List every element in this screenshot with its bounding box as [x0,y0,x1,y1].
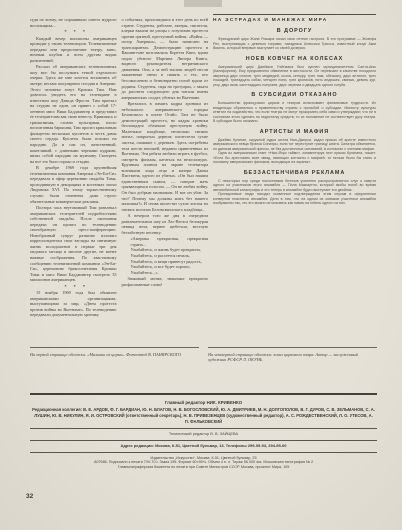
article-body: С некоторых пор среди поклонников битлзо… [213,179,376,193]
article-title: БЕЗЗАСТЕНЧИВАЯ РЕКЛАМА [213,170,376,176]
magazine-page: судя по всему, не спрашивали совета мудр… [0,0,402,530]
essay-paragraph: судя по всему, не спрашивали совета мудр… [30,17,117,28]
masthead-divider [30,452,377,453]
essay-paragraph: Знакомый мотив, знакомые прекрасно расфа… [122,276,209,287]
news-article: АРТИСТЫ И МАФИЯ Джеймс Кулиган, окружной… [213,129,376,165]
editorial-board: Редакционная коллегия: В. Е. АРДОВ, Ф. Г… [30,407,377,424]
news-article: В СУБСИДИИ ОТКАЗАНО Большинство французс… [213,92,376,124]
song-quote-line: «Америка прекрасная, прекрасная страна..… [131,236,209,247]
article-title: В ДОРОГУ [213,28,376,34]
cover-captions-row: На первой странице обложки: «Малыши из ц… [30,347,377,363]
article-title: НОЕВ КОВЧЕГ НА КОЛЕСАХ [213,56,376,62]
cover-note-front: На первой странице обложки: «Малыши из ц… [30,347,199,363]
article-body: Джеймс Кулиган, окружной судья штата Нью… [213,138,376,152]
asterisk-separator: * * * [30,284,117,290]
essay-paragraph: Каждый вечер миллионы американцев провод… [30,36,117,64]
page-number: 32 [26,493,33,500]
essay-paragraph: Врезались в память кадры хроники из небо… [122,101,209,212]
technical-editor-line: Технический редактор В. В. ЗАЙЦЕВА [30,431,377,436]
essay-paragraph: о событиях, происшедших в этот день по в… [122,17,209,100]
world-news-section: НА ЭСТРАДАХ И МАНЕЖАХ МИРА В ДОРОГУ Фран… [213,14,376,336]
article-title: В СУБСИДИИ ОТКАЗАНО [213,92,376,98]
editorial-address: Адрес редакции: Москва, К-51, Цветной бу… [30,443,377,448]
chief-editor-line: Главный редактор НИК. КРИВЕНКО [30,400,377,405]
essay-article: судя по всему, не спрашивали совета мудр… [30,17,208,349]
section-title: НА ЭСТРАДАХ И МАНЕЖАХ МИРА [213,18,376,23]
song-quote-line: Улыбайтесь...». [131,270,209,276]
essay-paragraph: Рассказ об американских телевизионных шо… [30,64,117,164]
cover-note-back: На четвертой странице обложки: эскиз цир… [208,347,377,363]
news-article: В ДОРОГУ Французский цирк Жана Ришара на… [213,28,376,51]
imprint-line-2: Главполиграфпрома Комитета по печати при… [30,465,377,470]
essay-paragraph: 15 ноября 1969 года был объявлен америка… [30,290,117,318]
page-top-edge-mark [184,0,222,7]
essay-paragraph: А вечером того же дня в очередном развле… [122,213,209,235]
article-body: Французский цирк Жана Ришара начал свои … [213,37,376,51]
article-body: Большинство французских цирков и театров… [213,101,376,124]
essay-column-2: о событиях, происшедших в этот день по в… [122,17,209,349]
masthead: Главный редактор НИК. КРИВЕНКО Редакцион… [30,393,377,469]
masthead-divider [30,428,377,429]
section-divider [213,14,376,15]
song-quote: «Америка прекрасная, прекрасная страна..… [131,236,209,275]
news-article: НОЕВ КОВЧЕГ НА КОЛЕСАХ Американский цирк… [213,56,376,88]
essay-paragraph: Полтора часа неутомимый Тим развлекал ам… [30,205,117,283]
article-body: Американский цирк Джеймса Уэйтмана был к… [213,65,376,88]
essay-column-1: судя по всему, не спрашивали совета мудр… [30,17,117,349]
article-body: Пронырливые люди находят косвенные подтв… [213,192,376,206]
article-title: АРТИСТЫ И МАФИЯ [213,129,376,135]
asterisk-separator: * * * [30,29,117,35]
article-body: Одна из американских газет «Нью-Йорк тай… [213,151,376,165]
news-article: БЕЗЗАСТЕНЧИВАЯ РЕКЛАМА С некоторых пор с… [213,170,376,206]
masthead-divider [30,440,377,441]
essay-paragraph: В декабре 1969 года крупнейшая телевизио… [30,165,117,204]
masthead-top-rule [30,393,377,395]
